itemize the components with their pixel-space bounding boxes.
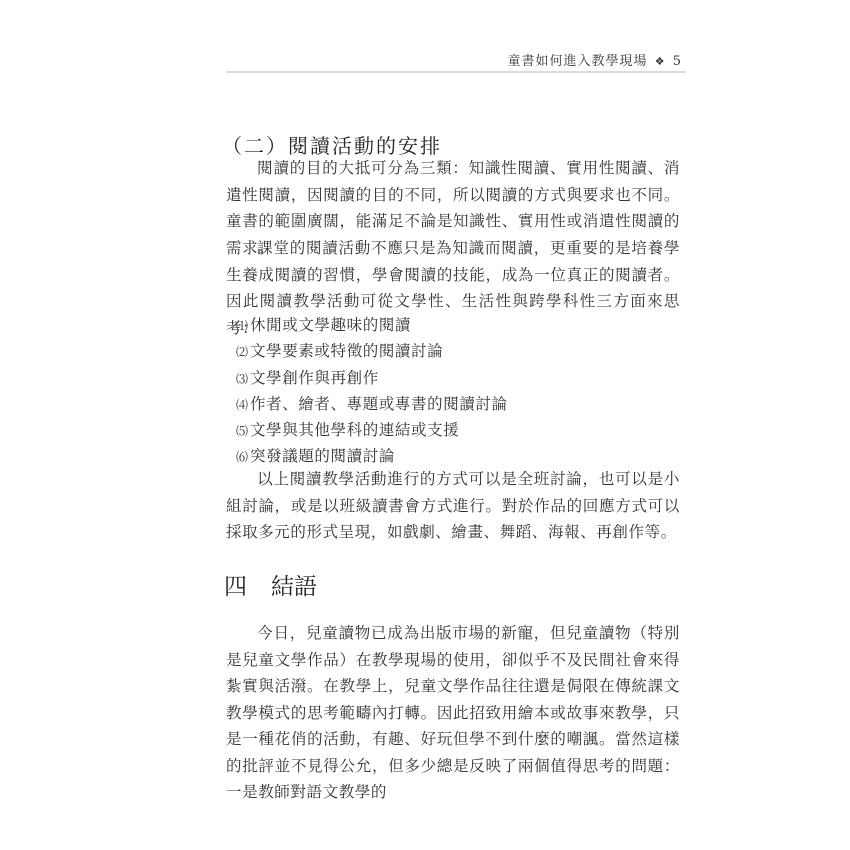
list-number: ⑵ <box>236 345 248 359</box>
header-rule <box>226 71 686 73</box>
list-text: 突發議題的閱讀討論 <box>250 447 395 465</box>
running-head: 童書如何進入教學現場 ❖ 5 <box>230 50 682 70</box>
book-page: 童書如何進入教學現場 ❖ 5 （二）閱讀活動的安排 閱讀的目的大抵可分為三類：知… <box>0 0 850 850</box>
paragraph-text: 以上閱讀教學活動進行的方式可以是全班討論，也可以是小組討論，或是以班級讀書會方式… <box>226 470 680 541</box>
list-item: ⑷作者、繪者、專題或專書的閱讀討論 <box>236 392 508 418</box>
list-number: ⑷ <box>236 398 248 412</box>
list-number: ⑸ <box>236 424 248 438</box>
page-number: 5 <box>673 54 682 69</box>
chapter-heading: 四結語 <box>224 568 317 601</box>
list-item: ⑵文學要素或特徵的閱讀討論 <box>236 339 508 365</box>
chapter-title: 結語 <box>271 574 317 600</box>
paragraph: 以上閱讀教學活動進行的方式可以是全班討論，也可以是小組討論，或是以班級讀書會方式… <box>226 466 680 546</box>
paragraph: 今日，兒童讀物已成為出版市場的新寵，但兒童讀物（特別是兒童文學作品）在教學現場的… <box>226 620 680 806</box>
list-number: ⑹ <box>236 450 248 464</box>
activity-list: ⑴休閒或文學趣味的閱讀 ⑵文學要素或特徵的閱讀討論 ⑶文學創作與再創作 ⑷作者、… <box>236 313 508 471</box>
list-text: 文學與其他學科的連結或支援 <box>250 421 459 439</box>
list-item: ⑴休閒或文學趣味的閱讀 <box>236 313 508 339</box>
chapter-number: 四 <box>224 574 247 600</box>
paragraph-text: 今日，兒童讀物已成為出版市場的新寵，但兒童讀物（特別是兒童文學作品）在教學現場的… <box>226 624 680 801</box>
list-number: ⑴ <box>236 319 248 333</box>
list-item: ⑶文學創作與再創作 <box>236 366 508 392</box>
list-text: 作者、繪者、專題或專書的閱讀討論 <box>250 395 508 413</box>
list-number: ⑶ <box>236 372 248 386</box>
list-text: 休閒或文學趣味的閱讀 <box>250 316 411 334</box>
list-item: ⑸文學與其他學科的連結或支援 <box>236 418 508 444</box>
ornament-icon: ❖ <box>655 55 666 68</box>
list-text: 文學要素或特徵的閱讀討論 <box>250 342 443 360</box>
running-head-title: 童書如何進入教學現場 <box>508 54 648 69</box>
list-text: 文學創作與再創作 <box>250 369 379 387</box>
